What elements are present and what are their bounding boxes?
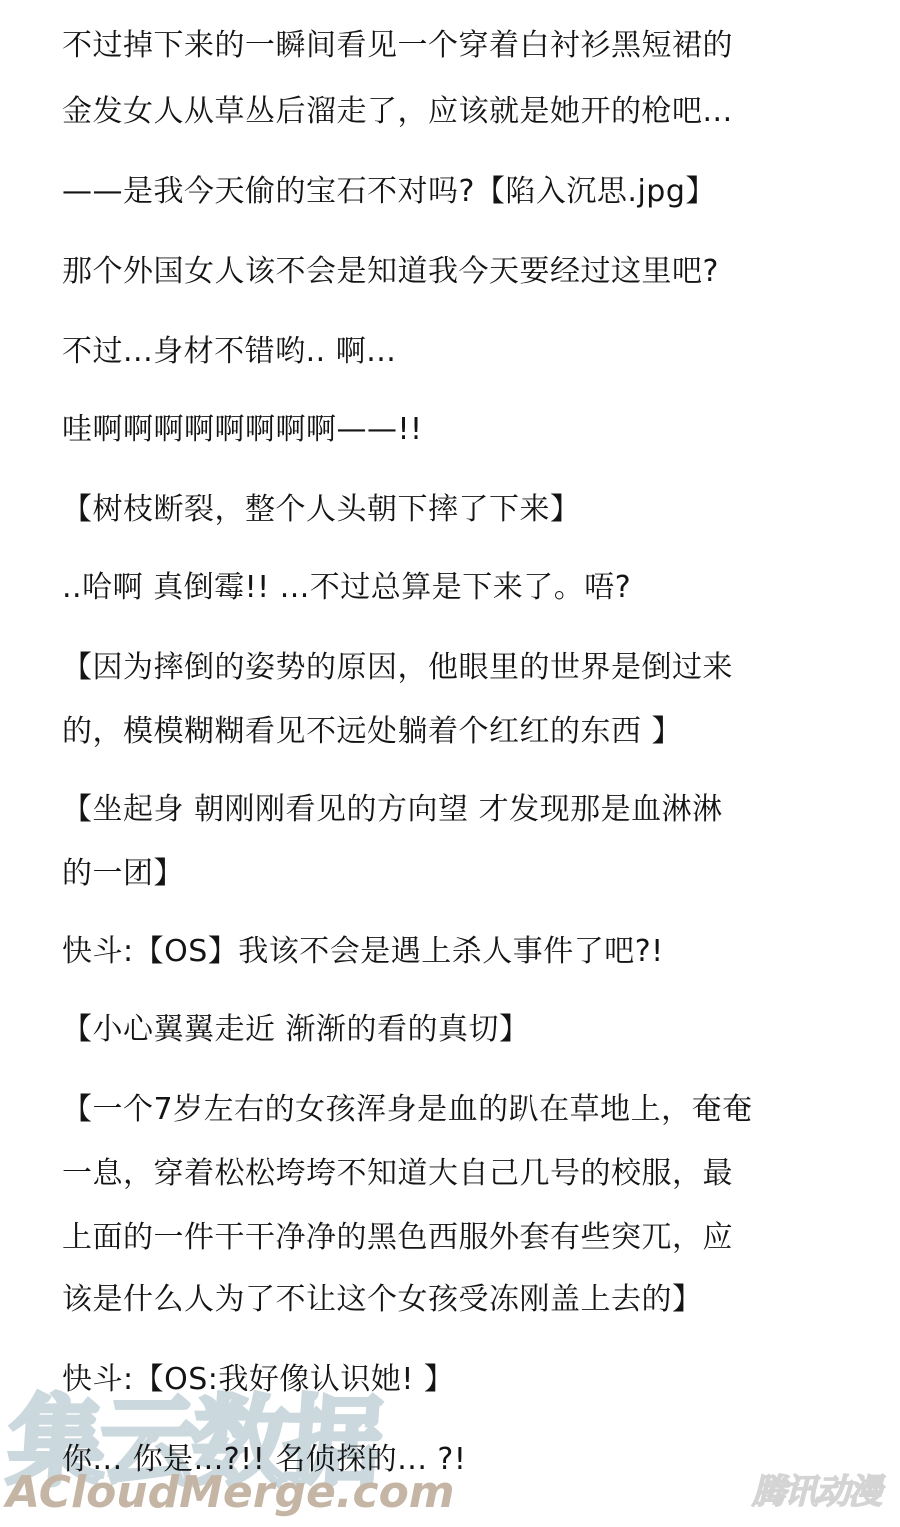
text-line: 上面的一件干干净净的黑色西服外套有些突兀，应 xyxy=(62,1218,733,1258)
text-line: 的，模模糊糊看见不远处躺着个红红的东西 】 xyxy=(62,712,682,752)
text-line: 【坐起身 朝刚刚看见的方向望 才发现那是血淋淋 xyxy=(62,790,723,830)
text-line: 金发女人从草丛后溜走了，应该就是她开的枪吧... xyxy=(62,92,733,132)
text-line: ——是我今天偷的宝石不对吗?【陷入沉思.jpg】 xyxy=(62,172,716,212)
text-line: 【树枝断裂，整个人头朝下摔了下来】 xyxy=(62,490,581,530)
text-line: 快斗:【OS:我好像认识她! 】 xyxy=(62,1360,454,1400)
novel-text-page: 不过掉下来的一瞬间看见一个穿着白衬衫黑短裙的 金发女人从草丛后溜走了，应该就是她… xyxy=(0,0,900,1527)
text-line: 【一个7岁左右的女孩浑身是血的趴在草地上，奄奄 xyxy=(62,1090,753,1130)
text-line: 该是什么人为了不让这个女孩受冻刚盖上去的】 xyxy=(62,1280,703,1320)
text-line: 的一团】 xyxy=(62,854,184,894)
watermark-publisher-logo: 腾讯动漫 xyxy=(752,1470,880,1514)
text-line: 不过...身材不错哟.. 啊... xyxy=(62,332,396,372)
watermark-english-site: ACloudMerge.com xyxy=(6,1465,455,1521)
text-line: 【小心翼翼走近 渐渐的看的真切】 xyxy=(62,1010,530,1050)
text-line: 【因为摔倒的姿势的原因，他眼里的世界是倒过来 xyxy=(62,648,733,688)
text-line: 快斗:【OS】我该不会是遇上杀人事件了吧?! xyxy=(62,932,664,972)
text-line: 不过掉下来的一瞬间看见一个穿着白衬衫黑短裙的 xyxy=(62,26,733,66)
text-line: 那个外国女人该不会是知道我今天要经过这里吧? xyxy=(62,252,719,292)
text-line: 哇啊啊啊啊啊啊啊啊——!! xyxy=(62,410,423,450)
text-line: ..哈啊 真倒霉!! ...不过总算是下来了。唔? xyxy=(62,568,631,608)
text-line: 一息，穿着松松垮垮不知道大自己几号的校服，最 xyxy=(62,1154,733,1194)
